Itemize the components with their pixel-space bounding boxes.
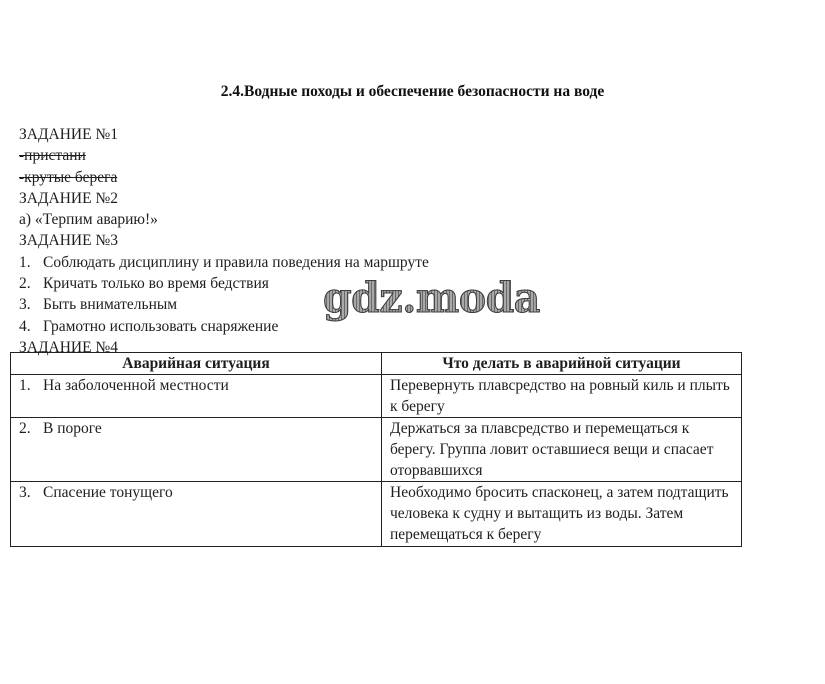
task2-heading: ЗАДАНИЕ №2: [19, 188, 429, 209]
emergency-situations-table: Аварийная ситуация Что делать в аварийно…: [10, 352, 742, 547]
task1-heading: ЗАДАНИЕ №1: [19, 124, 429, 145]
task1-item: -крутые берега: [19, 167, 429, 188]
row-number: 2.: [19, 418, 43, 439]
task3-heading: ЗАДАНИЕ №3: [19, 230, 429, 251]
situation-text: На заболоченной местности: [43, 377, 229, 394]
column-header-situation: Аварийная ситуация: [11, 353, 382, 375]
situation-cell: 2.В пороге: [11, 418, 382, 482]
list-text: Кричать только во время бедствия: [43, 275, 269, 292]
list-text: Быть внимательным: [43, 296, 177, 313]
situation-text: В пороге: [43, 420, 102, 437]
page-title: 2.4.Водные походы и обеспечение безопасн…: [0, 82, 825, 102]
situation-cell: 1.На заболоченной местности: [11, 375, 382, 418]
watermark-logo: gdz.moda: [323, 274, 540, 322]
task2-answer: а) «Терпим аварию!»: [19, 209, 429, 230]
document-body: ЗАДАНИЕ №1 -пристани -крутые берега ЗАДА…: [19, 124, 429, 358]
row-number: 1.: [19, 375, 43, 396]
action-cell: Держаться за плавсредство и перемещаться…: [382, 418, 742, 482]
list-number: 1.: [19, 252, 43, 273]
column-header-action: Что делать в аварийной ситуации: [382, 353, 742, 375]
list-text: Грамотно использовать снаряжение: [43, 318, 278, 335]
action-cell: Перевернуть плавсредство на ровный киль …: [382, 375, 742, 418]
list-text: Соблюдать дисциплину и правила поведения…: [43, 254, 429, 271]
situation-text: Спасение тонущего: [43, 484, 173, 501]
list-number: 3.: [19, 294, 43, 315]
table-row: 2.В пороге Держаться за плавсредство и п…: [11, 418, 742, 482]
list-number: 2.: [19, 273, 43, 294]
task3-list-item: 1.Соблюдать дисциплину и правила поведен…: [19, 252, 429, 273]
action-cell: Необходимо бросить спасконец, а затем по…: [382, 482, 742, 547]
table-row: 3.Спасение тонущего Необходимо бросить с…: [11, 482, 742, 547]
task1-item: -пристани: [19, 145, 429, 166]
table-row: 1.На заболоченной местности Перевернуть …: [11, 375, 742, 418]
row-number: 3.: [19, 482, 43, 503]
situation-cell: 3.Спасение тонущего: [11, 482, 382, 547]
list-number: 4.: [19, 316, 43, 337]
table-header-row: Аварийная ситуация Что делать в аварийно…: [11, 353, 742, 375]
